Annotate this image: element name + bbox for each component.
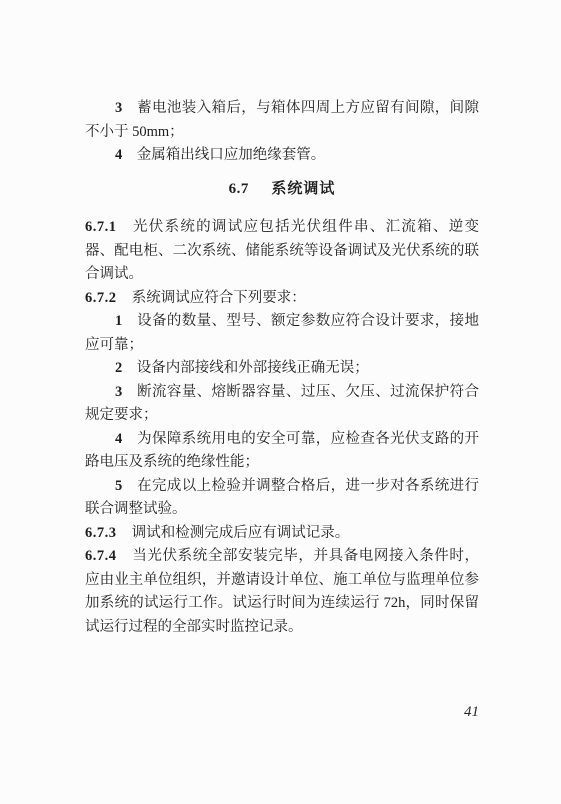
- section-number: 6.7: [229, 181, 249, 197]
- page-content: 3蓄电池装入箱后，与箱体四周上方应留有间隙，间隙不小于 50mm； 4金属箱出线…: [85, 97, 479, 639]
- item-text: 设备的数量、型号、额定参数应符合设计要求，接地应可靠；: [85, 313, 479, 353]
- clause-number: 6.7.1: [85, 219, 117, 235]
- clause-paragraph: 6.7.3调试和检测完成后应有调试记录。: [85, 522, 479, 546]
- list-item: 3断流容量、熔断器容量、过压、欠压、过流保护符合规定要求；: [85, 381, 479, 428]
- clause-text: 系统调试应符合下列要求：: [132, 290, 306, 306]
- clause-text: 调试和检测完成后应有调试记录。: [132, 525, 350, 541]
- list-item: 5在完成以上检验并调整合格后，进一步对各系统进行联合调整试验。: [85, 475, 479, 522]
- list-item: 2设备内部接线和外部接线正确无误；: [85, 357, 479, 381]
- item-number: 3: [115, 384, 122, 400]
- document-page: 3蓄电池装入箱后，与箱体四周上方应留有间隙，间隙不小于 50mm； 4金属箱出线…: [0, 0, 561, 804]
- clause-paragraph: 6.7.4当光伏系统全部安装完毕，并具备电网接入条件时，应由业主单位组织，并邀请…: [85, 545, 479, 639]
- item-text: 设备内部接线和外部接线正确无误；: [137, 360, 369, 376]
- item-number: 5: [115, 478, 122, 494]
- item-number: 4: [115, 431, 122, 447]
- page-number: 41: [464, 704, 479, 721]
- item-number: 1: [115, 313, 122, 329]
- item-text: 在完成以上检验并调整合格后，进一步对各系统进行联合调整试验。: [85, 478, 479, 518]
- item-text: 断流容量、熔断器容量、过压、欠压、过流保护符合规定要求；: [85, 384, 479, 424]
- section-heading: 6.7系统调试: [85, 178, 479, 202]
- item-text: 为保障系统用电的安全可靠，应检查各光伏支路的开路电压及系统的绝缘性能；: [85, 431, 479, 471]
- clause-number: 6.7.2: [85, 290, 117, 306]
- clause-number: 6.7.4: [85, 548, 117, 564]
- list-item: 4金属箱出线口应加绝缘套管。: [85, 144, 479, 168]
- clause-paragraph: 6.7.2系统调试应符合下列要求：: [85, 287, 479, 311]
- list-item: 3蓄电池装入箱后，与箱体四周上方应留有间隙，间隙不小于 50mm；: [85, 97, 479, 144]
- item-number: 3: [115, 100, 122, 116]
- clause-number: 6.7.3: [85, 525, 117, 541]
- clause-text: 光伏系统的调试应包括光伏组件串、汇流箱、逆变器、配电柜、二次系统、储能系统等设备…: [85, 219, 479, 282]
- item-text: 金属箱出线口应加绝缘套管。: [137, 147, 326, 163]
- list-item: 4为保障系统用电的安全可靠，应检查各光伏支路的开路电压及系统的绝缘性能；: [85, 428, 479, 475]
- item-text: 蓄电池装入箱后，与箱体四周上方应留有间隙，间隙不小于 50mm；: [85, 100, 479, 140]
- item-number: 2: [115, 360, 122, 376]
- item-number: 4: [115, 147, 122, 163]
- section-title: 系统调试: [271, 181, 335, 197]
- list-item: 1设备的数量、型号、额定参数应符合设计要求，接地应可靠；: [85, 310, 479, 357]
- clause-text: 当光伏系统全部安装完毕，并具备电网接入条件时，应由业主单位组织，并邀请设计单位、…: [85, 548, 479, 635]
- clause-paragraph: 6.7.1光伏系统的调试应包括光伏组件串、汇流箱、逆变器、配电柜、二次系统、储能…: [85, 216, 479, 287]
